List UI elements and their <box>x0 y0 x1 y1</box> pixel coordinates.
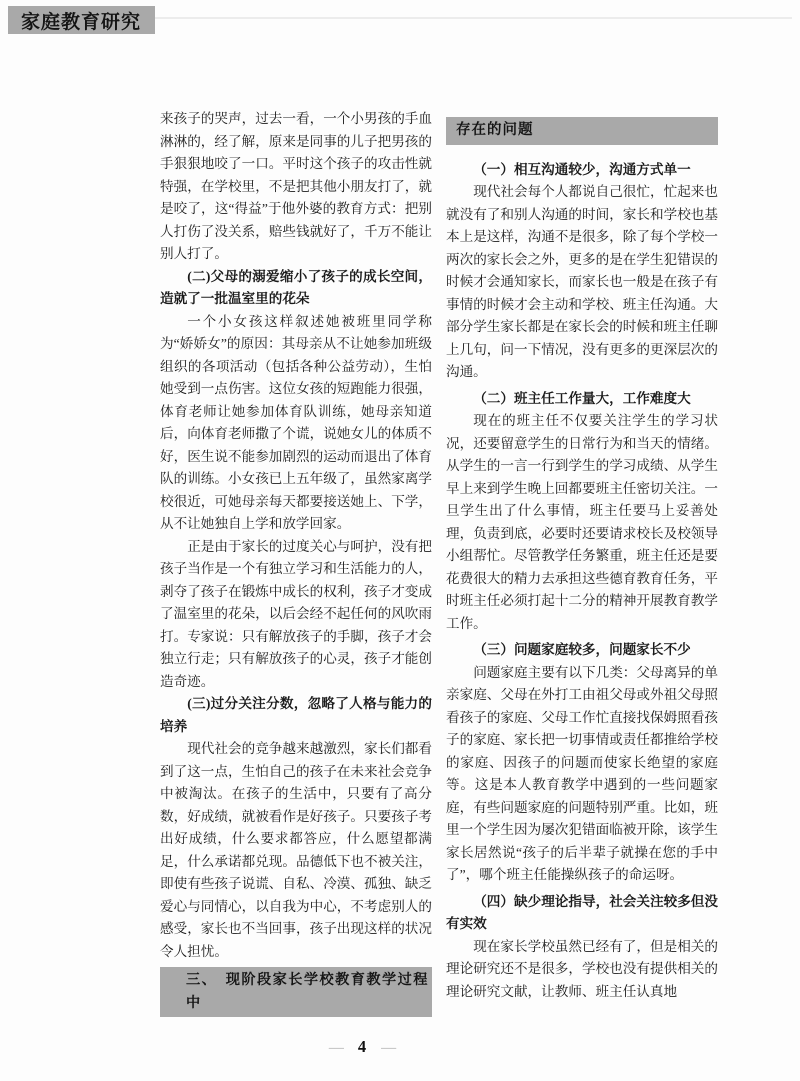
journal-page: 家庭教育研究 来孩子的哭声，过去一看，一个小男孩的手血淋淋的，经了解，原来是同事… <box>0 0 800 1081</box>
subsection-heading-2: (二)父母的溺爱缩小了孩子的成长空间，造就了一批温室里的花朵 <box>160 266 432 311</box>
body-paragraph: 现在的班主任不仅要关注学生的学习状况，还要留意学生的日常行为和当天的情绪。从学生… <box>446 410 718 635</box>
page-footer: —4— <box>282 1037 442 1057</box>
section-three-heading-bar: 三、 现阶段家长学校教育教学过程中 <box>160 967 432 1017</box>
body-paragraph: 现代社会每个人都说自己很忙，忙起来也就没有了和别人沟通的时间，家长和学校也基本上… <box>446 181 718 384</box>
left-column: 来孩子的哭声，过去一看，一个小男孩的手血淋淋的，经了解，原来是同事的儿子把男孩的… <box>160 108 432 1017</box>
right-column: 存在的问题 （一）相互沟通较少，沟通方式单一 现代社会每个人都说自己很忙，忙起来… <box>446 108 718 1003</box>
footer-dash-right: — <box>381 1040 395 1056</box>
subsection-heading-3: (三)过分关注分数，忽略了人格与能力的培养 <box>160 693 432 738</box>
subsection-heading-r4: （四）缺少理论指导，社会关注较多但没有实效 <box>446 891 718 936</box>
subsection-heading-r1: （一）相互沟通较少，沟通方式单一 <box>446 159 718 182</box>
body-paragraph: 现在家长学校虽然已经有了，但是相关的理论研究还不是很多，学校也没有提供相关的理论… <box>446 936 718 1004</box>
footer-dash-left: — <box>329 1040 343 1056</box>
body-paragraph: 正是由于家长的过度关心与呵护，没有把孩子当作是一个有独立学习和生活能力的人，剥夺… <box>160 536 432 694</box>
page-header-bar: 家庭教育研究 <box>8 6 155 34</box>
body-paragraph: 来孩子的哭声，过去一看，一个小男孩的手血淋淋的，经了解，原来是同事的儿子把男孩的… <box>160 108 432 266</box>
subsection-heading-r3: （三）问题家庭较多，问题家长不少 <box>446 639 718 662</box>
section-three-heading-bar-continued: 存在的问题 <box>446 117 718 145</box>
journal-section-title: 家庭教育研究 <box>21 7 141 34</box>
subsection-heading-r2: （二）班主任工作量大，工作难度大 <box>446 388 718 411</box>
body-paragraph: 一个小女孩这样叙述她被班里同学称为“娇娇女”的原因：其母亲从不让她参加班级组织的… <box>160 311 432 536</box>
header-rule <box>155 17 792 19</box>
body-paragraph: 问题家庭主要有以下几类：父母离异的单亲家庭、父母在外打工由祖父母或外祖父母照看孩… <box>446 662 718 887</box>
body-paragraph: 现代社会的竞争越来越激烈，家长们都看到了这一点，生怕自己的孩子在未来社会竞争中被… <box>160 738 432 963</box>
page-number: 4 <box>343 1037 381 1056</box>
